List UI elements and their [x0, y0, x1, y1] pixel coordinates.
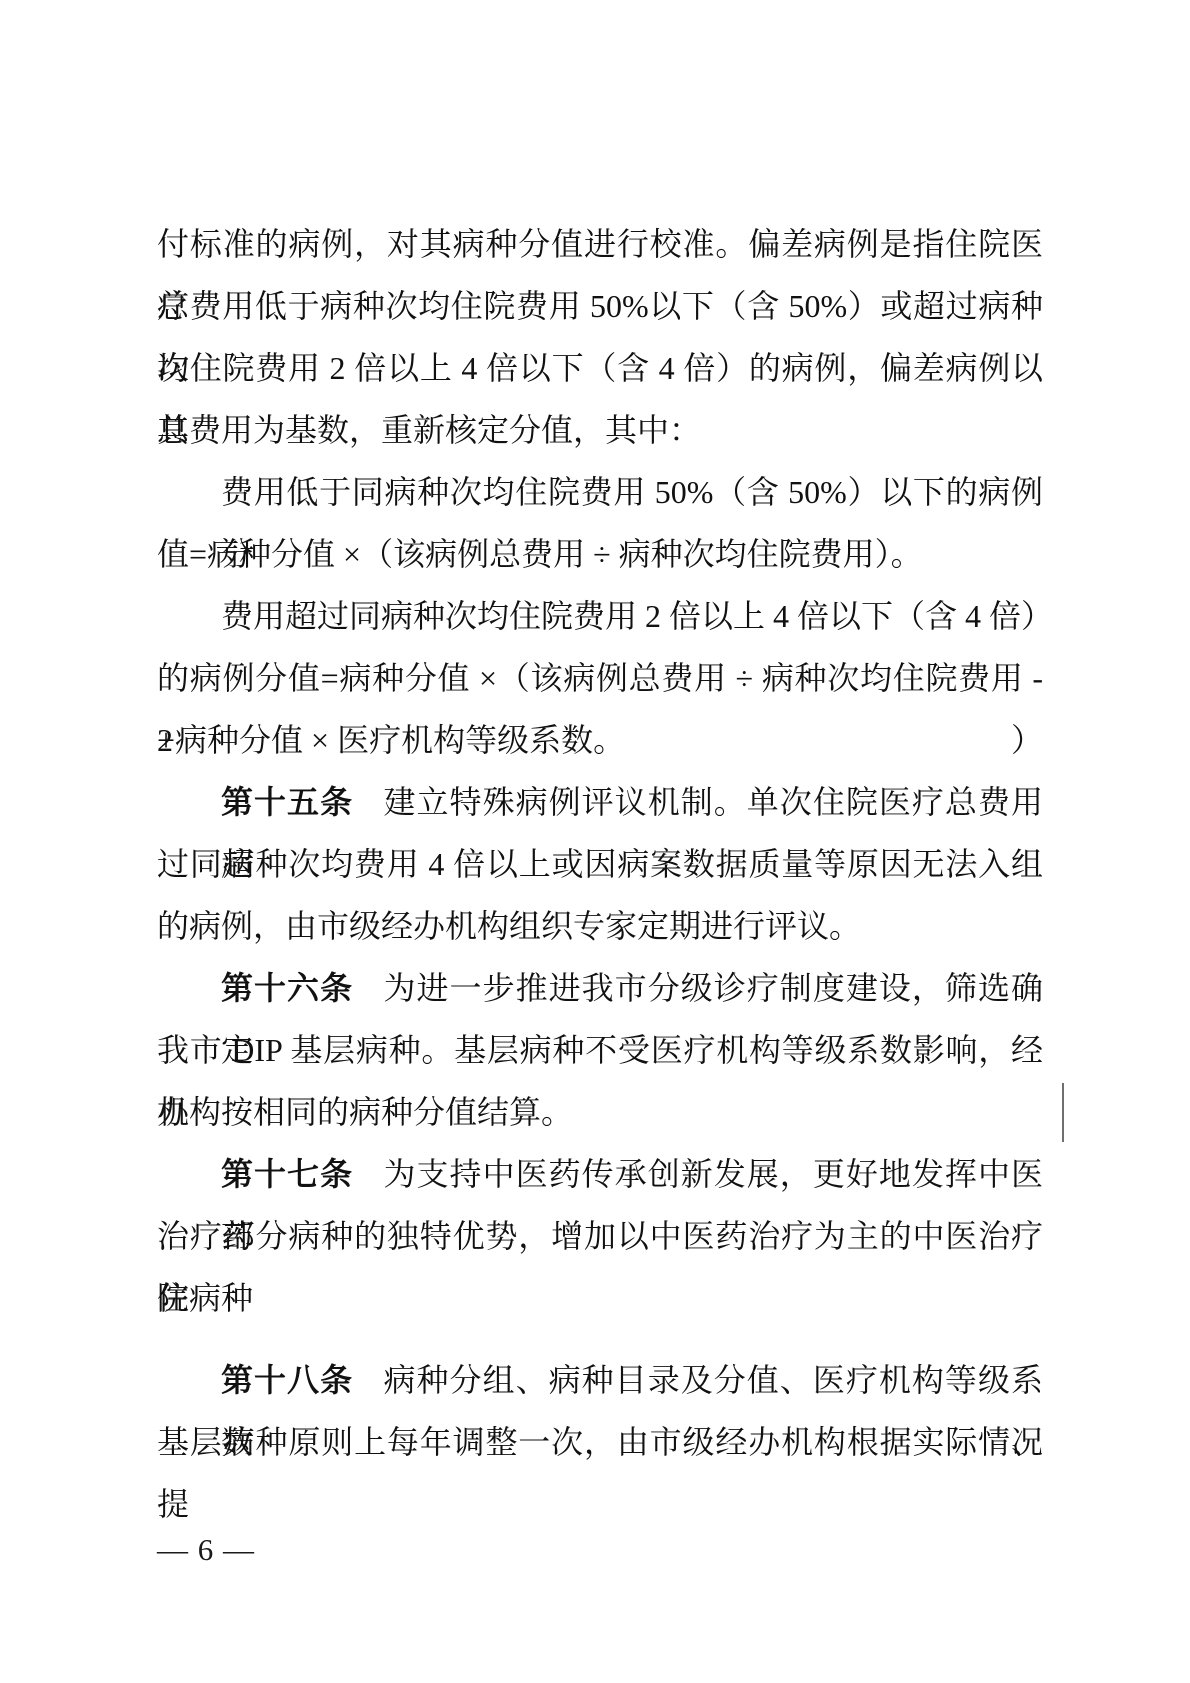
page-footer: — 6 —: [157, 1530, 255, 1570]
article-heading-17: 第十七条: [221, 1156, 353, 1192]
page-number: — 6 —: [157, 1532, 255, 1567]
body-line: 付标准的病例，对其病种分值进行校准。偏差病例是指住院医疗: [157, 213, 1043, 275]
body-line: 院病种: [157, 1267, 1043, 1329]
body-line: 总费用为基数，重新核定分值，其中：: [157, 399, 1043, 461]
body-line: 总费用低于病种次均住院费用 50%以下（含 50%）或超过病种次: [157, 275, 1043, 337]
document-body: 付标准的病例，对其病种分值进行校准。偏差病例是指住院医疗 总费用低于病种次均住院…: [157, 213, 1043, 1473]
body-line: 机构按相同的病种分值结算。: [157, 1081, 1043, 1143]
body-line: 的病例，由市级经办机构组织专家定期进行评议。: [157, 895, 1043, 957]
body-line: 第十八条病种分组、病种目录及分值、医疗机构等级系数、: [157, 1349, 1043, 1411]
article-heading-15: 第十五条: [221, 784, 353, 820]
body-line: 第十五条建立特殊病例评议机制。单次住院医疗总费用超: [157, 771, 1043, 833]
body-line: 费用超过同病种次均住院费用 2 倍以上 4 倍以下（含 4 倍）: [157, 585, 1043, 647]
body-line: 第十六条为进一步推进我市分级诊疗制度建设，筛选确定: [157, 957, 1043, 1019]
formula-line: 值=病种分值 ×（该病例总费用 ÷ 病种次均住院费用）。: [157, 523, 1043, 585]
body-line: 治疗部分病种的独特优势，增加以中医药治疗为主的中医治疗住: [157, 1205, 1043, 1267]
body-line: 我市 DIP 基层病种。基层病种不受医疗机构等级系数影响，经办: [157, 1019, 1043, 1081]
body-line: 均住院费用 2 倍以上 4 倍以下（含 4 倍）的病例，偏差病例以其: [157, 337, 1043, 399]
body-line: 第十七条为支持中医药传承创新发展，更好地发挥中医药: [157, 1143, 1043, 1205]
article-heading-16: 第十六条: [221, 970, 353, 1006]
article-heading-18: 第十八条: [221, 1362, 353, 1398]
body-line: 基层病种原则上每年调整一次，由市级经办机构根据实际情况提: [157, 1411, 1043, 1473]
body-line: 过同病种次均费用 4 倍以上或因病案数据质量等原因无法入组: [157, 833, 1043, 895]
body-line: 费用低于同病种次均住院费用 50%（含 50%）以下的病例分: [157, 461, 1043, 523]
margin-revision-mark: [1062, 1083, 1064, 1142]
document-page: 付标准的病例，对其病种分值进行校准。偏差病例是指住院医疗 总费用低于病种次均住院…: [0, 0, 1190, 1683]
formula-line: 的病例分值=病种分值 ×（该病例总费用 ÷ 病种次均住院费用 - 2）: [157, 647, 1043, 709]
